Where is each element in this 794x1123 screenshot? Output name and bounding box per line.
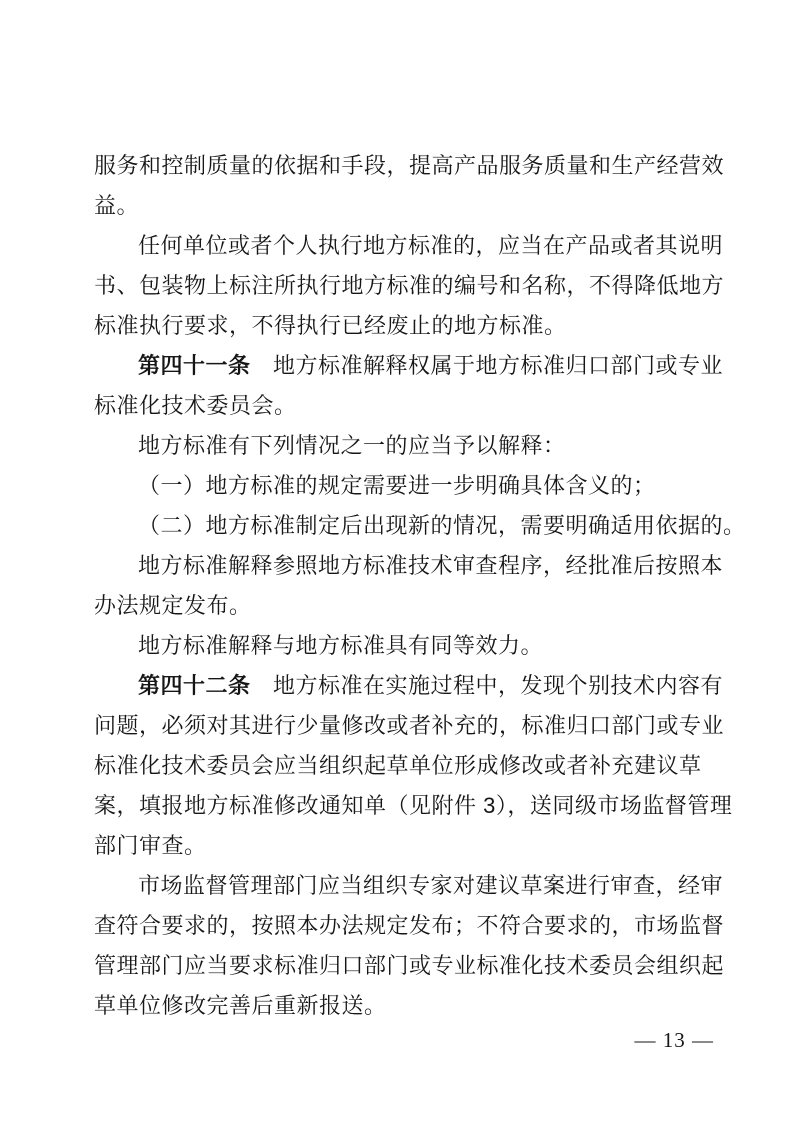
body-line: 问题，必须对其进行少量修改或者补充的，标准归口部门或专业 — [94, 706, 712, 746]
body-line: 书、包装物上标注所执行地方标准的编号和名称，不得降低地方 — [94, 266, 712, 306]
article-42-heading: 第四十二条 — [138, 673, 251, 698]
document-body: 服务和控制质量的依据和手段，提高产品服务质量和生产经营效 益。 任何单位或者个人… — [94, 146, 712, 1026]
body-line: 管理部门应当要求标准归口部门或专业标准化技术委员会组织起 — [94, 946, 712, 986]
body-line: 地方标准有下列情况之一的应当予以解释： — [94, 426, 712, 466]
list-item-2-line: （二）地方标准制定后出现新的情况，需要明确适用依据的。 — [94, 506, 712, 546]
article-41-line: 第四十一条 地方标准解释权属于地方标准归口部门或专业 — [94, 346, 712, 386]
body-line: 市场监督管理部门应当组织专家对建议草案进行审查，经审 — [94, 866, 712, 906]
body-line: 草单位修改完善后重新报送。 — [94, 986, 712, 1026]
body-line: 任何单位或者个人执行地方标准的，应当在产品或者其说明 — [94, 226, 712, 266]
body-line: 办法规定发布。 — [94, 586, 712, 626]
body-line: 益。 — [94, 186, 712, 226]
body-line: 地方标准解释参照地方标准技术审查程序，经批准后按照本 — [94, 546, 712, 586]
body-line: 部门审查。 — [94, 826, 712, 866]
list-item-1-line: （一）地方标准的规定需要进一步明确具体含义的； — [94, 466, 712, 506]
body-line: 案，填报地方标准修改通知单（见附件 3），送同级市场监督管理 — [94, 786, 712, 826]
article-42-line: 第四十二条 地方标准在实施过程中，发现个别技术内容有 — [94, 666, 712, 706]
body-line: 查符合要求的，按照本办法规定发布；不符合要求的，市场监督 — [94, 906, 712, 946]
body-line: 标准化技术委员会。 — [94, 386, 712, 426]
body-line: 标准执行要求，不得执行已经废止的地方标准。 — [94, 306, 712, 346]
body-line: 地方标准解释与地方标准具有同等效力。 — [94, 626, 712, 666]
page-number: — 13 — — [635, 1028, 715, 1053]
document-page: 服务和控制质量的依据和手段，提高产品服务质量和生产经营效 益。 任何单位或者个人… — [0, 0, 794, 1123]
body-line: 服务和控制质量的依据和手段，提高产品服务质量和生产经营效 — [94, 146, 712, 186]
body-line: 标准化技术委员会应当组织起草单位形成修改或者补充建议草 — [94, 746, 712, 786]
article-41-heading: 第四十一条 — [138, 353, 251, 378]
